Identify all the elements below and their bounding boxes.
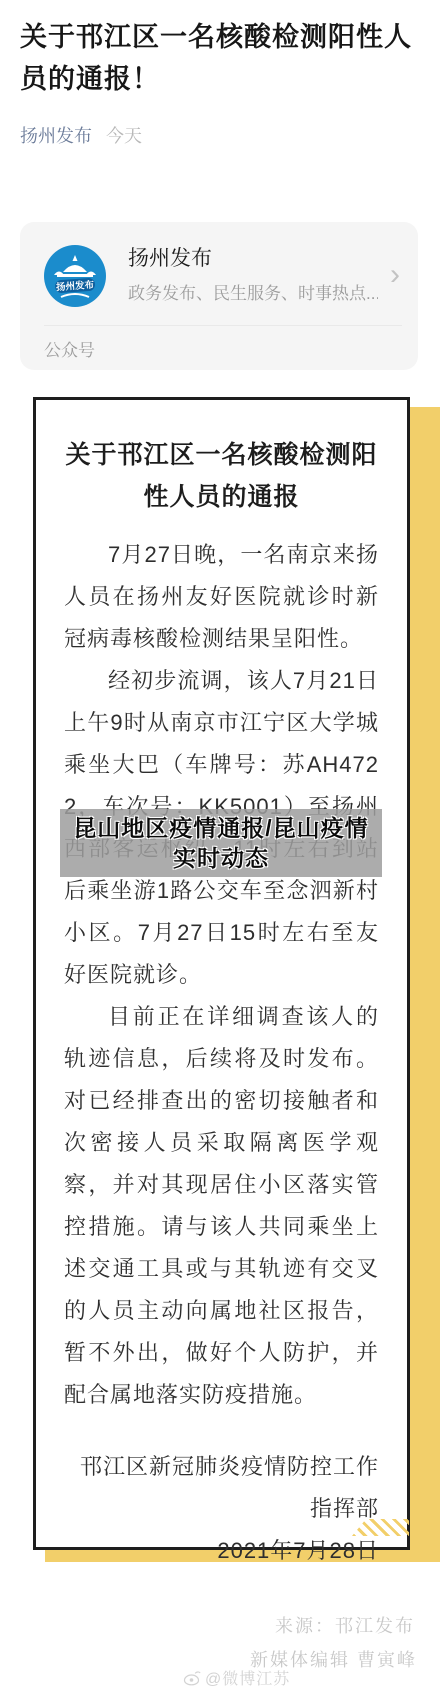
notice-date: 2021年7月28日 (64, 1530, 379, 1572)
account-type-label: 公众号 (44, 336, 95, 361)
search-overlay-text: 昆山地区疫情通报/昆山疫情实时动态 (64, 813, 378, 873)
article-meta: 扬州发布今天 (20, 122, 142, 148)
weibo-logo-icon (183, 1670, 201, 1686)
chevron-right-icon[interactable]: › (390, 260, 400, 290)
notice-title: 关于邗江区一名核酸检测阳性人员的通报 (64, 434, 379, 518)
account-description: 政务发布、民生服务、时事热点... (128, 279, 378, 304)
card-divider (44, 325, 402, 326)
notice-paragraph: 7月27日晚，一名南京来扬人员在扬州友好医院就诊时新冠病毒核酸检测结果呈阳性。 (64, 534, 379, 660)
publish-time: 今天 (106, 126, 142, 146)
article-page: 关于邗江区一名核酸检测阳性人员的通报！ 扬州发布今天 扬州发布 扬州发布 政务发… (0, 0, 440, 1693)
notice-paragraph: 目前正在详细调查该人的轨迹信息，后续将及时发布。对已经排查出的密切接触者和次密接… (64, 996, 379, 1416)
notice-signature: 邗江区新冠肺炎疫情防控工作指挥部 (64, 1446, 379, 1530)
account-avatar[interactable]: 扬州发布 (44, 245, 106, 307)
account-name: 扬州发布 (128, 242, 212, 272)
article-title: 关于邗江区一名核酸检测阳性人员的通报！ (20, 16, 420, 100)
search-overlay-box: 昆山地区疫情通报/昆山疫情实时动态 (60, 809, 382, 877)
official-account-card[interactable]: 扬州发布 扬州发布 政务发布、民生服务、时事热点... › 公众号 (20, 222, 418, 370)
source-credit: 来源：邗江发布 (275, 1612, 415, 1638)
notice-card: 关于邗江区一名核酸检测阳性人员的通报 7月27日晚，一名南京来扬人员在扬州友好医… (33, 397, 410, 1550)
account-name-link[interactable]: 扬州发布 (20, 126, 92, 146)
watermark-text: @微博江苏 (205, 1666, 290, 1689)
weibo-watermark: @微博江苏 (183, 1666, 290, 1689)
